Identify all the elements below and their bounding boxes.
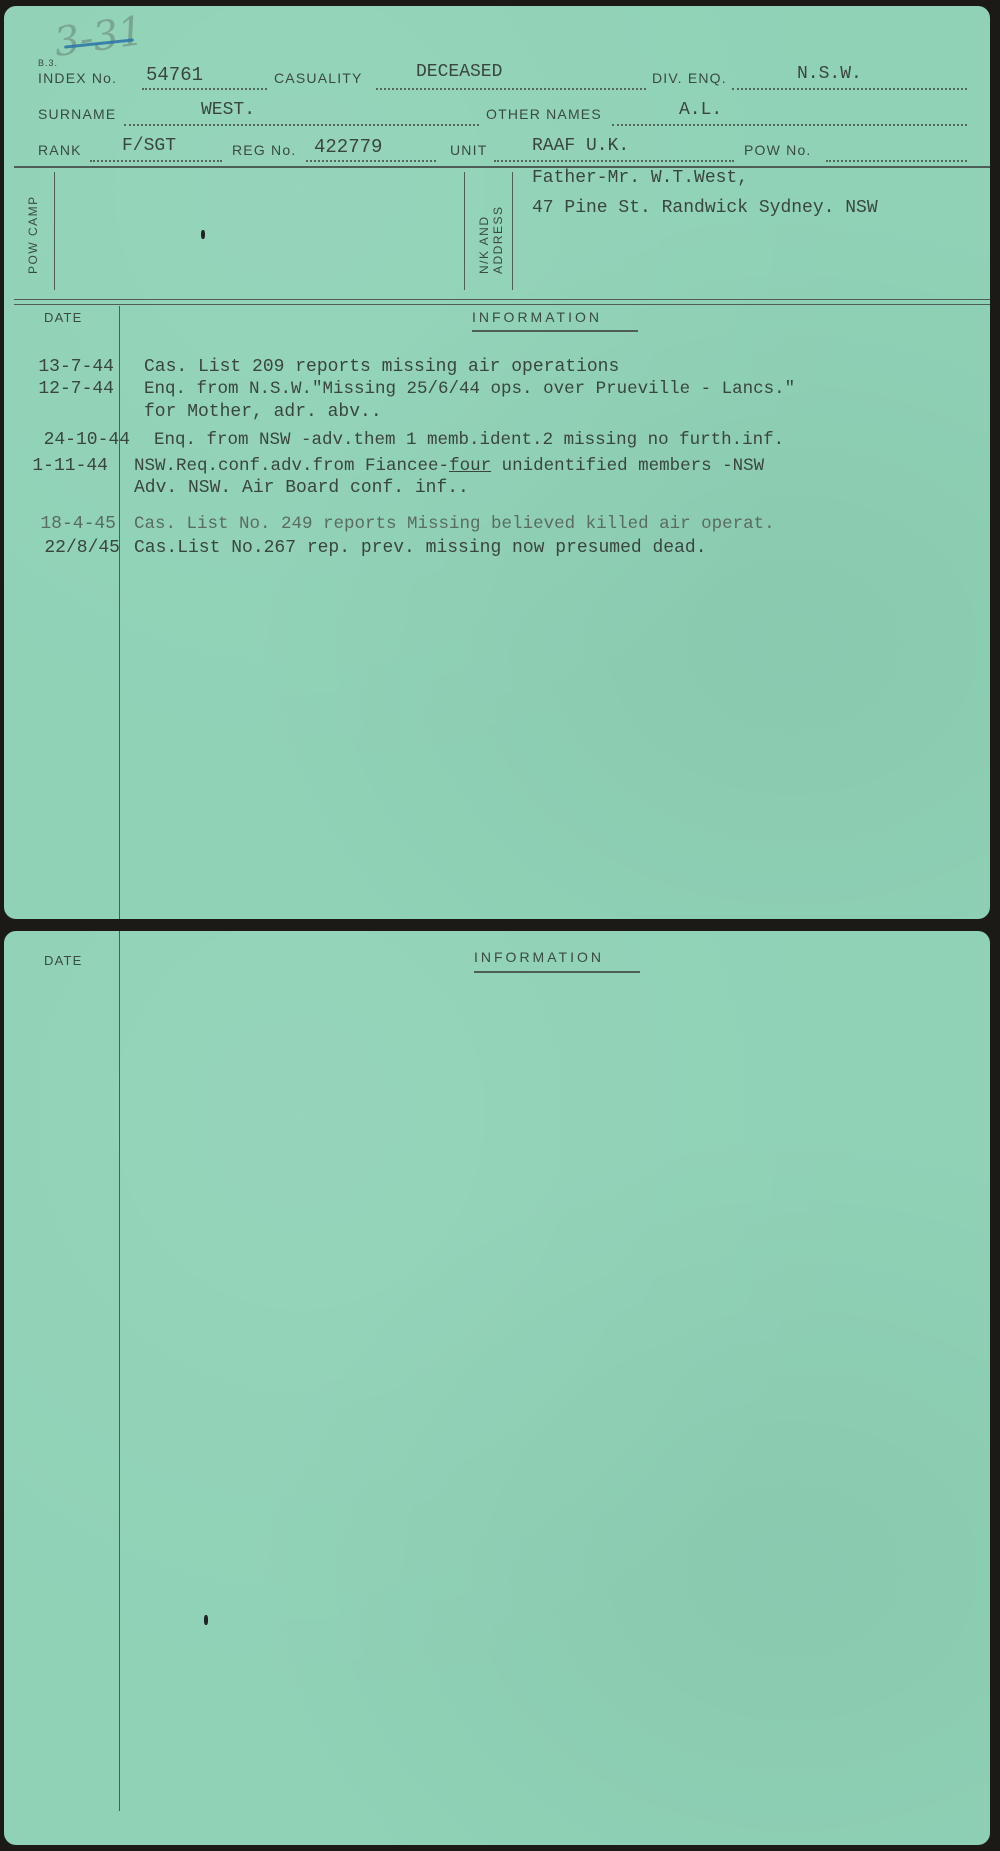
paper-speck — [204, 1615, 208, 1625]
index-value: 54761 — [146, 64, 203, 86]
other-names-value: A.L. — [679, 100, 722, 120]
rank-label: RANK — [38, 142, 82, 158]
date-column-divider — [119, 931, 120, 1811]
record-card-front: 3-31 B.3. INDEX No. 54761 CASUALITY DECE… — [4, 6, 990, 919]
unit-value: RAAF U.K. — [532, 136, 629, 156]
reg-no-label: REG No. — [232, 142, 296, 158]
rank-value: F/SGT — [122, 136, 176, 156]
nk-line2: 47 Pine St. Randwick Sydney. NSW — [532, 198, 878, 218]
divider — [14, 166, 990, 168]
reg-no-value: 422779 — [314, 136, 382, 158]
other-names-label: OTHER NAMES — [486, 106, 602, 122]
paper-speck — [201, 230, 205, 239]
pow-camp-label: POW CAMP — [26, 195, 40, 274]
nk-address-label: N/K AND ADDRESS — [477, 205, 505, 274]
date-header: DATE — [44, 310, 83, 325]
date-column-divider — [119, 306, 120, 919]
form-code: B.3. — [38, 58, 58, 68]
record-card-back: DATE INFORMATION — [4, 931, 990, 1845]
div-enq-value: N.S.W. — [797, 64, 862, 84]
surname-value: WEST. — [201, 100, 255, 120]
date-header: DATE — [44, 953, 83, 968]
information-header: INFORMATION — [472, 309, 602, 325]
index-label: INDEX No. — [38, 70, 117, 86]
surname-label: SURNAME — [38, 106, 116, 122]
pencil-annotation: 3-31 — [51, 8, 146, 66]
casualty-label: CASUALITY — [274, 70, 363, 86]
information-header: INFORMATION — [474, 949, 604, 965]
nk-line1: Father-Mr. W.T.West, — [532, 168, 748, 188]
casualty-value: DECEASED — [416, 62, 502, 82]
unit-label: UNIT — [450, 142, 487, 158]
div-enq-label: DIV. ENQ. — [652, 70, 727, 86]
pow-no-label: POW No. — [744, 142, 812, 158]
